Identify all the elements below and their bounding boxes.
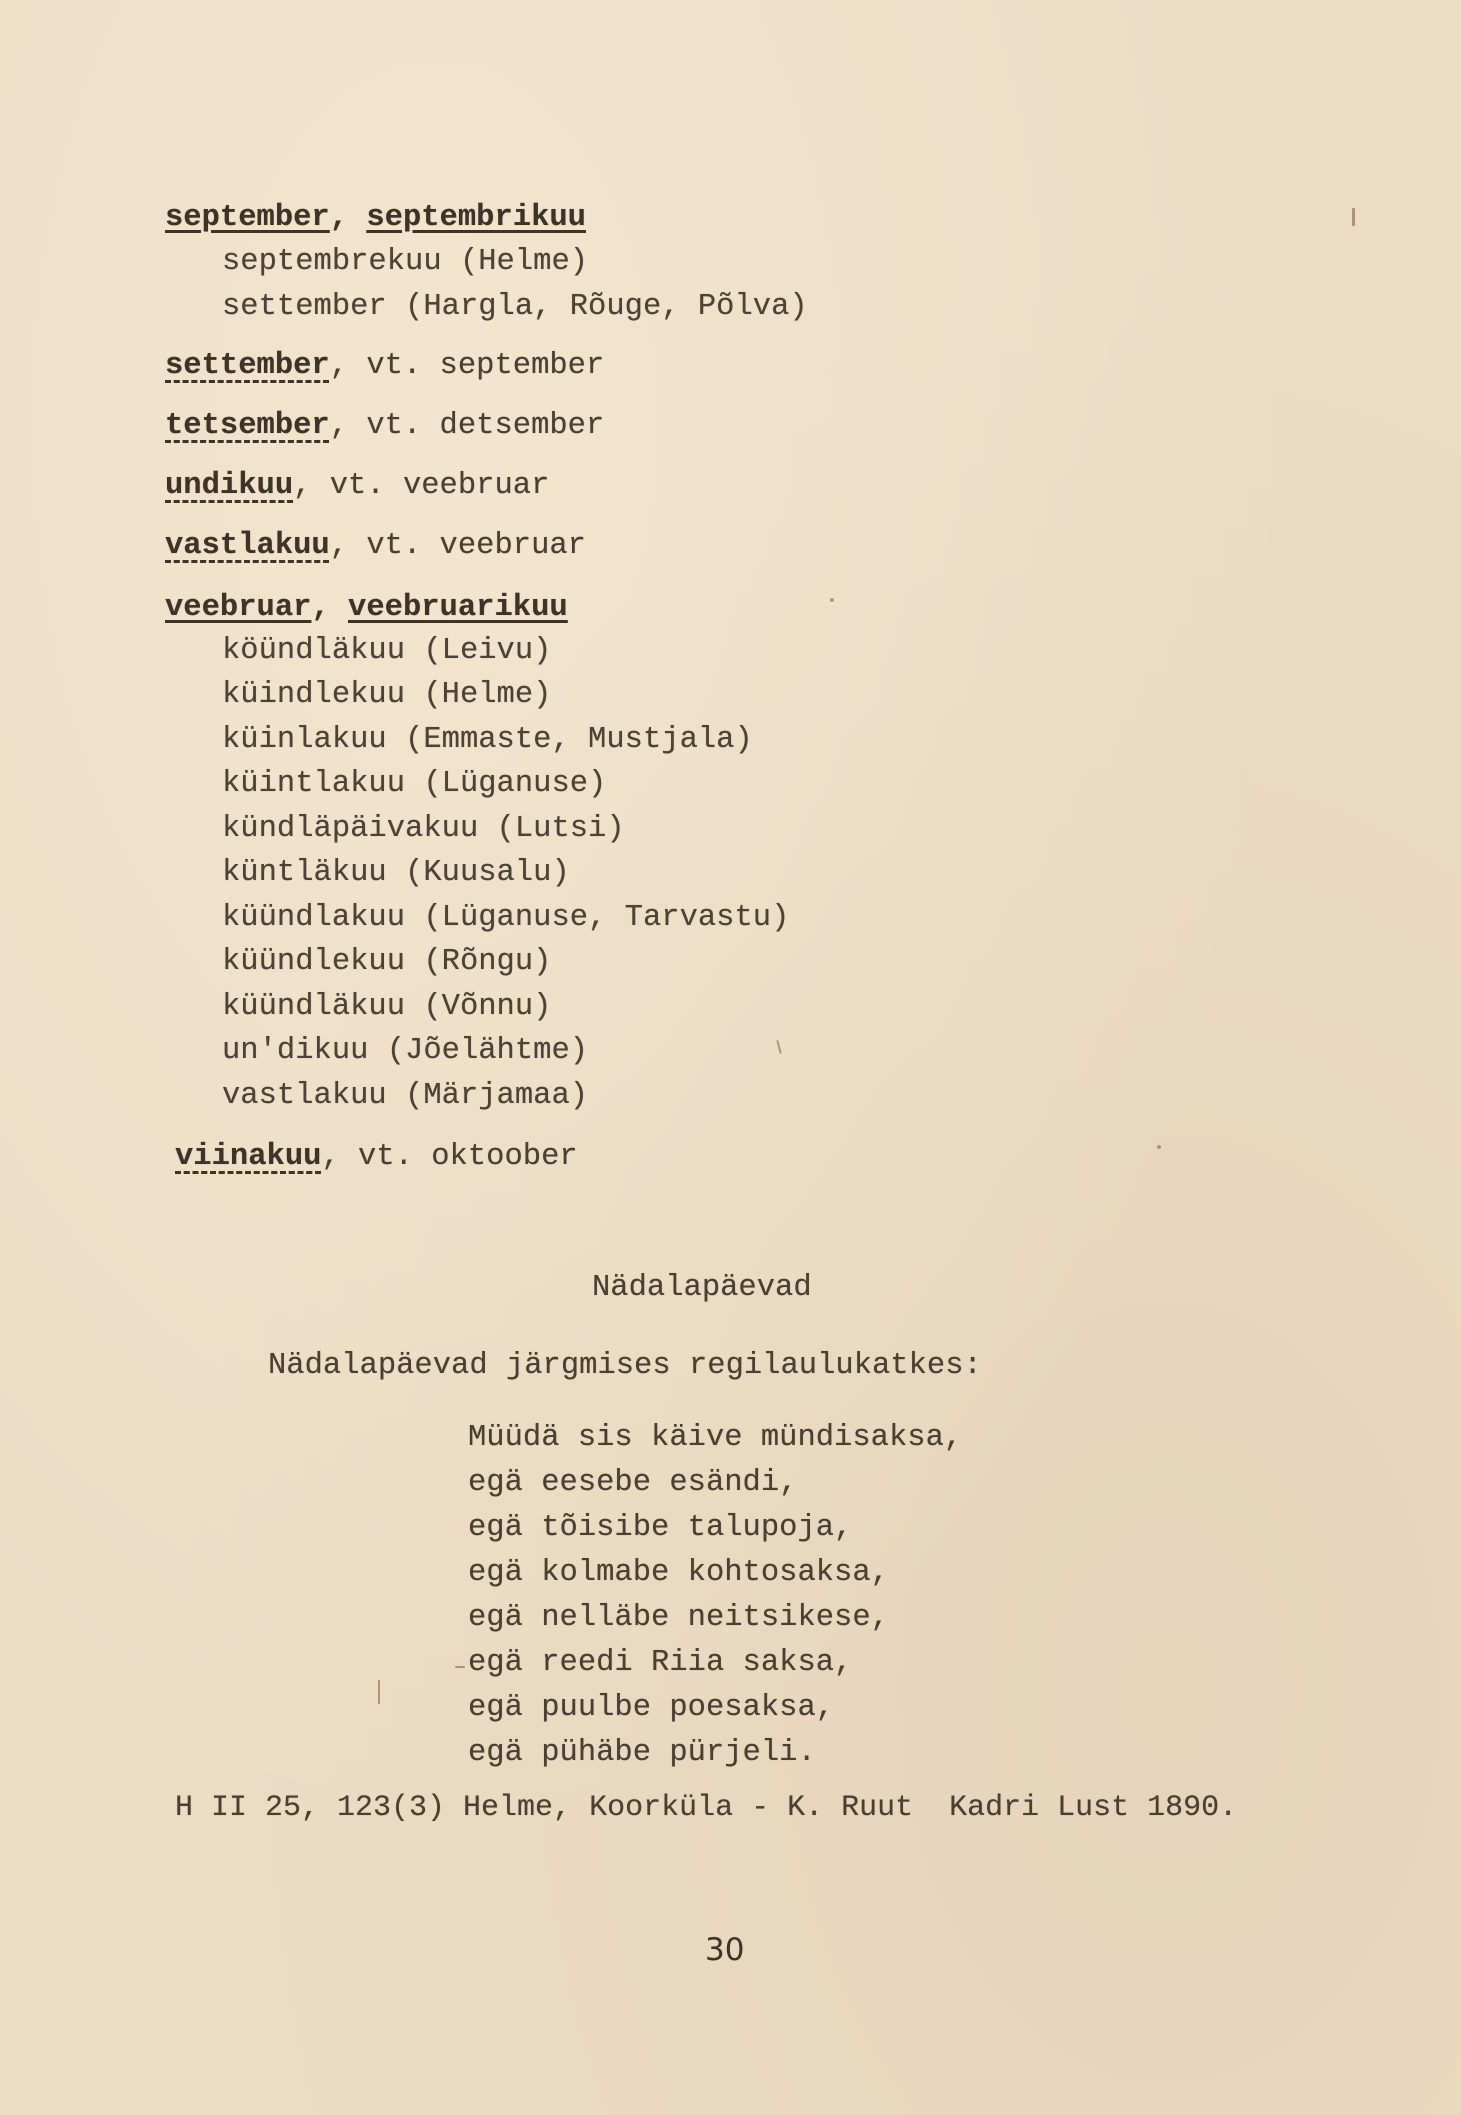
variant-line: septembrekuu (Helme) <box>222 244 588 280</box>
reference: , vt. veebruar <box>330 529 586 563</box>
separator: , <box>311 591 348 625</box>
paper-mark <box>776 1040 782 1054</box>
reference: , vt. september <box>330 349 605 383</box>
variant-line: settember (Hargla, Rõuge, Põlva) <box>222 289 808 325</box>
section-intro: Nädalapäevad järgmises regilaulukatkes: <box>268 1348 982 1384</box>
variant-line: küntläkuu (Kuusalu) <box>222 855 570 891</box>
entry-heading-veebruar: veebruar, veebruarikuu <box>165 590 568 626</box>
cross-reference-entry: vastlakuu, vt. veebruar <box>165 528 586 564</box>
separator: , <box>330 201 367 235</box>
reference: , vt. detsember <box>330 409 605 443</box>
source-citation: H II 25, 123(3) Helme, Koorküla - K. Ruu… <box>175 1790 1237 1826</box>
headword: vastlakuu <box>165 529 330 563</box>
headword: tetsember <box>165 409 330 443</box>
page-number: 30 <box>705 1932 744 1968</box>
poem-line: egä reedi Riia saksa, <box>468 1645 852 1681</box>
headword: septembrikuu <box>366 201 586 235</box>
poem-line: Müüdä sis käive mündisaksa, <box>468 1420 962 1456</box>
cross-reference-entry: undikuu, vt. veebruar <box>165 468 549 504</box>
variant-line: kündläpäivakuu (Lutsi) <box>222 811 625 847</box>
poem-line: egä eesebe esändi, <box>468 1465 797 1501</box>
paper-mark <box>455 1666 465 1668</box>
headword: settember <box>165 349 330 383</box>
variant-line: küintlakuu (Lüganuse) <box>222 766 606 802</box>
headword: september <box>165 201 330 235</box>
poem-line: egä puulbe poesaksa, <box>468 1690 834 1726</box>
variant-line: küinlakuu (Emmaste, Mustjala) <box>222 722 753 758</box>
variant-line: küindlekuu (Helme) <box>222 677 551 713</box>
poem-line: egä kolmabe kohtosaksa, <box>468 1555 889 1591</box>
reference: , vt. oktoober <box>321 1140 577 1174</box>
headword: undikuu <box>165 469 293 503</box>
cross-reference-entry: settember, vt. september <box>165 348 604 384</box>
paper-mark <box>378 1680 380 1704</box>
reference: , vt. veebruar <box>293 469 549 503</box>
headword: veebruar <box>165 591 311 625</box>
document-page: september, septembrikuu septembrekuu (He… <box>0 0 1461 2115</box>
paper-mark <box>1352 208 1355 226</box>
cross-reference-entry: tetsember, vt. detsember <box>165 408 604 444</box>
entry-heading-september: september, septembrikuu <box>165 200 586 236</box>
poem-line: egä tõisibe talupoja, <box>468 1510 852 1546</box>
variant-line: küündläkuu (Võnnu) <box>222 989 551 1025</box>
poem-line: egä nelläbe neitsikese, <box>468 1600 889 1636</box>
variant-line: küündlakuu (Lüganuse, Tarvastu) <box>222 900 789 936</box>
section-title: Nädalapäevad <box>592 1270 812 1306</box>
variant-line: köündläkuu (Leivu) <box>222 633 551 669</box>
variant-line: vastlakuu (Märjamaa) <box>222 1078 588 1114</box>
poem-line: egä pühäbe pürjeli. <box>468 1735 816 1771</box>
cross-reference-entry: viinakuu, vt. oktoober <box>175 1139 578 1175</box>
paper-mark <box>1157 1145 1161 1149</box>
variant-line: küündlekuu (Rõngu) <box>222 944 551 980</box>
headword: viinakuu <box>175 1140 321 1174</box>
paper-mark <box>830 598 834 602</box>
variant-line: un'dikuu (Jõelähtme) <box>222 1033 588 1069</box>
headword: veebruarikuu <box>348 591 568 625</box>
